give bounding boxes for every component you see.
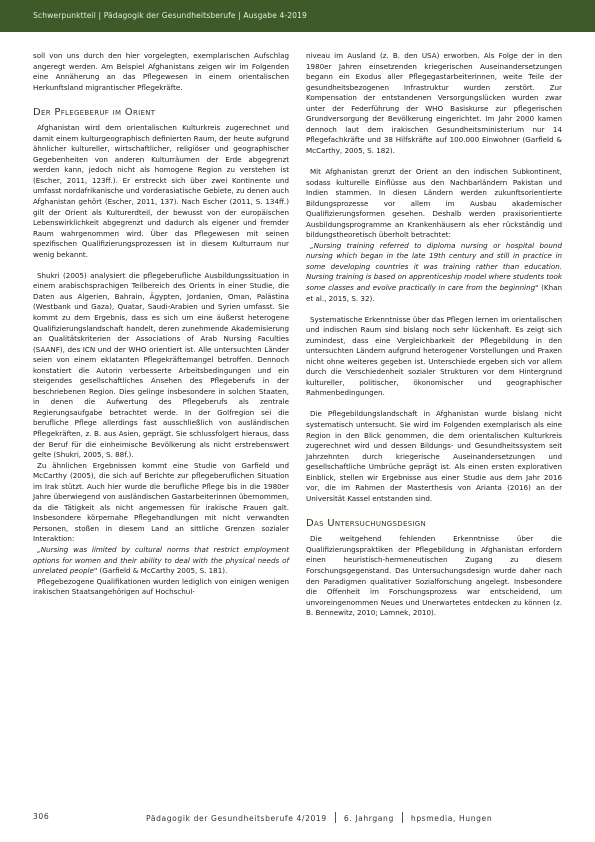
left-column: soll von uns durch den hier vorgelegten,… — [33, 51, 289, 598]
right-column: niveau im Ausland (z. B. den USA) erworb… — [306, 51, 562, 619]
page-number: 306 — [33, 812, 49, 821]
footer-info: Pädagogik der Gesundheitsberufe 4/2019 6… — [146, 812, 492, 823]
quote-citation: (Garfield & McCarthy 2005, S. 181). — [97, 566, 227, 575]
block-quote: „Nursing was limited by cultural norms t… — [33, 545, 289, 577]
paragraph: Systematische Erkenntnisse über das Pfle… — [306, 315, 562, 399]
section-heading: Der Pflegeberuf im Orient — [33, 106, 289, 119]
page-footer: 306 Pädagogik der Gesundheitsberufe 4/20… — [0, 808, 595, 826]
paragraph: Pflegebezogene Qualifikationen wurden le… — [33, 577, 289, 598]
paragraph: Die Pflegebildungslandschaft in Afghanis… — [306, 409, 562, 504]
running-header-title: Schwerpunktteil | Pädagogik der Gesundhe… — [33, 11, 307, 20]
running-header-bar: Schwerpunktteil | Pädagogik der Gesundhe… — [0, 0, 595, 32]
paragraph: Afghanistan wird dem orientalischen Kult… — [33, 123, 289, 260]
footer-volume: 6. Jahrgang — [344, 814, 394, 823]
section-heading: Das Untersuchungsdesign — [306, 517, 562, 530]
footer-journal: Pädagogik der Gesundheitsberufe 4/2019 — [146, 814, 327, 823]
quote-text: „Nursing training referred to diploma nu… — [306, 241, 562, 292]
footer-publisher: hpsmedia, Hungen — [411, 814, 492, 823]
paragraph: Zu ähnlichen Ergebnissen kommt eine Stud… — [33, 461, 289, 545]
block-quote: „Nursing training referred to diploma nu… — [306, 241, 562, 304]
divider — [402, 812, 403, 823]
paragraph: Mit Afghanistan grenzt der Orient an den… — [306, 167, 562, 241]
paragraph: Die weitgehend fehlenden Erkenntnisse üb… — [306, 534, 562, 618]
paragraph: niveau im Ausland (z. B. den USA) erworb… — [306, 51, 562, 156]
paragraph: Shukri (2005) analysiert die pflegeberuf… — [33, 271, 289, 461]
paragraph: soll von uns durch den hier vorgelegten,… — [33, 51, 289, 93]
divider — [335, 812, 336, 823]
